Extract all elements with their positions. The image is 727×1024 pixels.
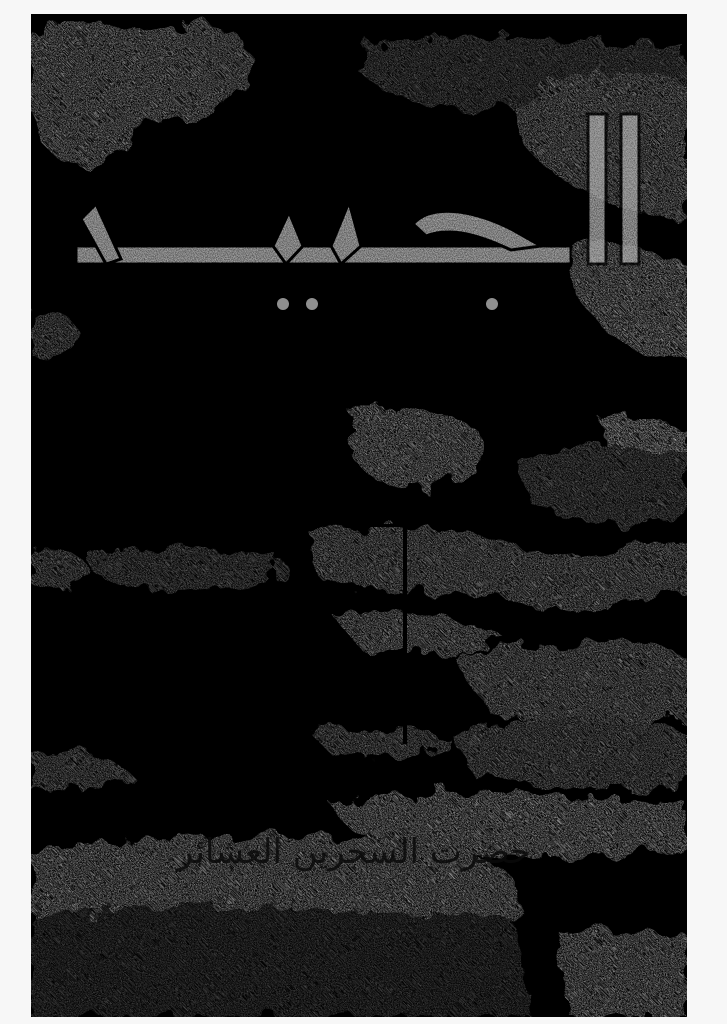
cover-caption-text: حضرت السحرين العشائر [177, 832, 531, 872]
cover-subcaption [31, 874, 551, 914]
book-cover: الجديد حضرت السحرين العشائر [31, 14, 687, 1017]
svg-text:الجديد: الجديد [31, 14, 72, 18]
cover-title: الجديد [31, 14, 687, 314]
